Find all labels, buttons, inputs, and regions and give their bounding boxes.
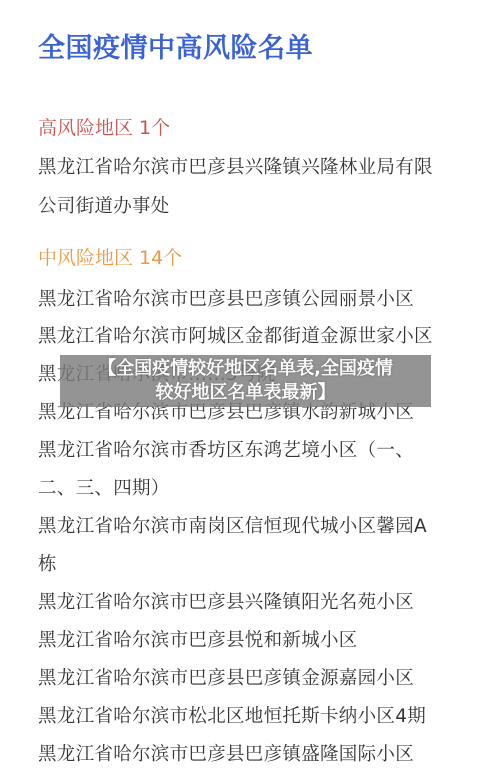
mid-risk-line: 黑龙江省哈尔滨市香坊区东鸿艺境小区（一、: [38, 436, 414, 462]
page-title: 全国疫情中高风险名单: [38, 26, 313, 65]
mid-risk-line: 黑龙江省哈尔滨市巴彦县悦和新城小区: [38, 626, 358, 652]
mid-risk-line: 黑龙江省哈尔滨市松北区地恒托斯卡纳小区4期: [38, 702, 426, 728]
mid-risk-line: 黑龙江省哈尔滨市巴彦县巴彦镇公园丽景小区: [38, 285, 414, 311]
mid-risk-heading: 中风险地区 14个: [38, 243, 182, 270]
mid-risk-line: 黑龙江省哈尔滨市巴彦县巴彦镇盛隆国际小区: [38, 740, 414, 766]
high-risk-line: 黑龙江省哈尔滨市巴彦县兴隆镇兴隆林业局有限: [38, 153, 433, 179]
mid-risk-line: 栋: [38, 550, 57, 576]
mid-risk-line: 黑龙江省哈尔滨市巴彦县兴隆镇阳光名苑小区: [38, 588, 414, 614]
mid-risk-line: 二、三、四期）: [38, 474, 170, 500]
caption-overlay-text: 【全国疫情较好地区名单表,全国疫情 较好地区名单表最新】: [60, 357, 431, 405]
document-page: 全国疫情中高风险名单 高风险地区 1个 黑龙江省哈尔滨市巴彦县兴隆镇兴隆林业局有…: [0, 0, 491, 773]
mid-risk-line: 黑龙江省哈尔滨市南岗区信恒现代城小区馨园A: [38, 512, 427, 538]
caption-line-1: 【全国疫情较好地区名单表,全国疫情: [60, 357, 431, 381]
high-risk-heading: 高风险地区 1个: [38, 113, 170, 140]
mid-risk-line: 黑龙江省哈尔滨市阿城区金都街道金源世家小区: [38, 322, 433, 348]
mid-risk-line: 黑龙江省哈尔滨市巴彦县巴彦镇金源嘉园小区: [38, 664, 414, 690]
high-risk-line: 公司街道办事处: [38, 192, 170, 218]
caption-line-2: 较好地区名单表最新】: [60, 381, 431, 405]
